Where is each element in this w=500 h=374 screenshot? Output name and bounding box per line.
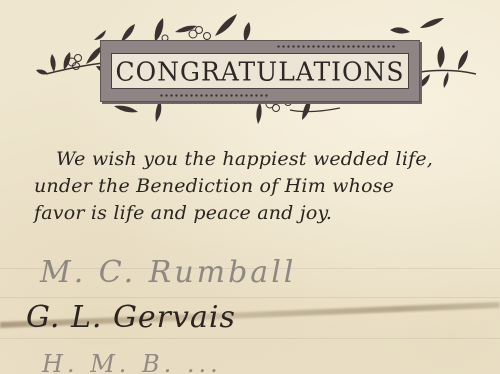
signature: M. C. Rumball	[40, 255, 296, 290]
message-line: We wish you the happiest wedded life,	[34, 146, 484, 173]
banner-dots-bottom	[159, 94, 269, 97]
printed-message: We wish you the happiest wedded life, un…	[34, 146, 484, 227]
message-line: under the Benediction of Him whose	[34, 173, 484, 200]
signature: G. L. Gervais	[26, 300, 236, 335]
ruled-line	[0, 338, 500, 339]
signature: H. M. B. ...	[42, 350, 222, 374]
banner-dots-top	[276, 45, 396, 48]
banner-title: CONGRATULATIONS	[115, 58, 404, 84]
document-page: CONGRATULATIONS We wish you the happiest…	[0, 0, 500, 374]
message-line: favor is life and peace and joy.	[34, 200, 484, 227]
ruled-line	[0, 297, 500, 298]
congratulations-banner: CONGRATULATIONS	[100, 40, 420, 102]
banner-panel: CONGRATULATIONS	[111, 53, 409, 89]
